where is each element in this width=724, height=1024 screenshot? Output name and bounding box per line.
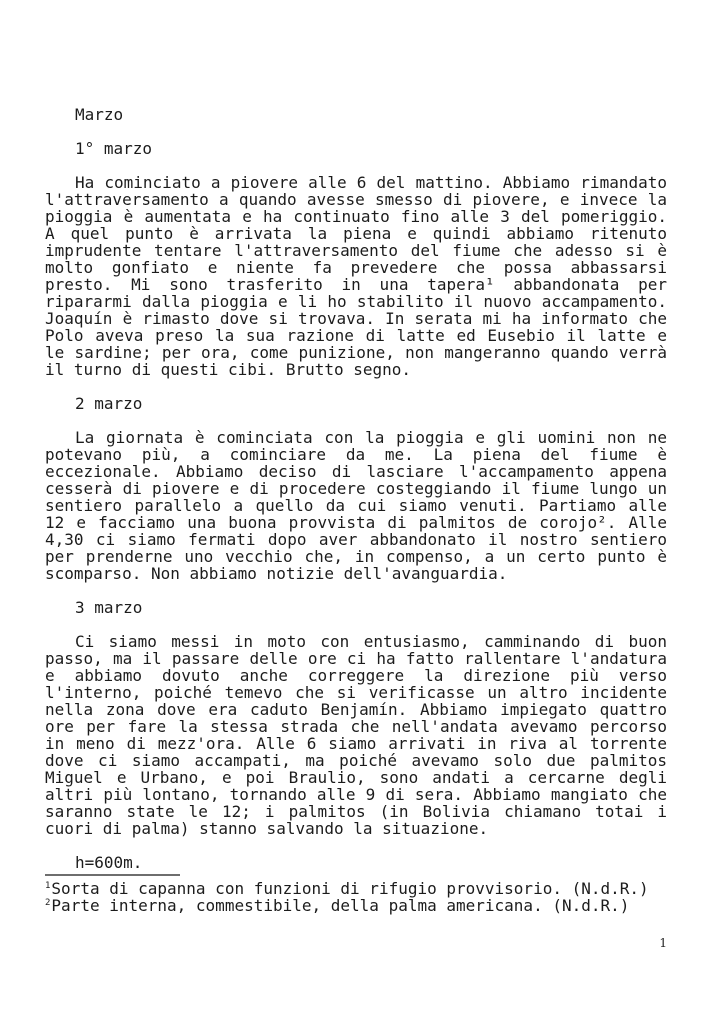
diary-entry-1: 1° marzo Ha cominciato a piovere alle 6 … (45, 140, 667, 378)
entry-3-heading: 3 marzo (45, 599, 667, 616)
footnote-2-text: Parte interna, commestibile, della palma… (51, 896, 629, 915)
footnote-separator (45, 874, 180, 876)
month-heading: Marzo (45, 106, 667, 123)
footnote-2: 2Parte interna, commestibile, della palm… (45, 897, 667, 914)
document-page: Marzo 1° marzo Ha cominciato a piovere a… (0, 0, 724, 1024)
entry-2-heading: 2 marzo (45, 395, 667, 412)
entry-1-heading: 1° marzo (45, 140, 667, 157)
page-number: 1 (45, 936, 667, 950)
entry-3-body: Ci siamo messi in moto con entusiasmo, c… (45, 633, 667, 837)
footnote-1: 1Sorta di capanna con funzioni di rifugi… (45, 880, 667, 897)
entry-2-body: La giornata è cominciata con la pioggia … (45, 429, 667, 582)
diary-entry-3: 3 marzo Ci siamo messi in moto con entus… (45, 599, 667, 837)
diary-entry-2: 2 marzo La giornata è cominciata con la … (45, 395, 667, 582)
altitude-note: h=600m. (45, 854, 667, 871)
footnote-2-marker: 2 (45, 898, 50, 908)
footnotes: 1Sorta di capanna con funzioni di rifugi… (45, 880, 667, 914)
entry-1-body: Ha cominciato a piovere alle 6 del matti… (45, 174, 667, 378)
page-content: Marzo 1° marzo Ha cominciato a piovere a… (45, 106, 667, 950)
footnote-1-marker: 1 (45, 881, 50, 891)
